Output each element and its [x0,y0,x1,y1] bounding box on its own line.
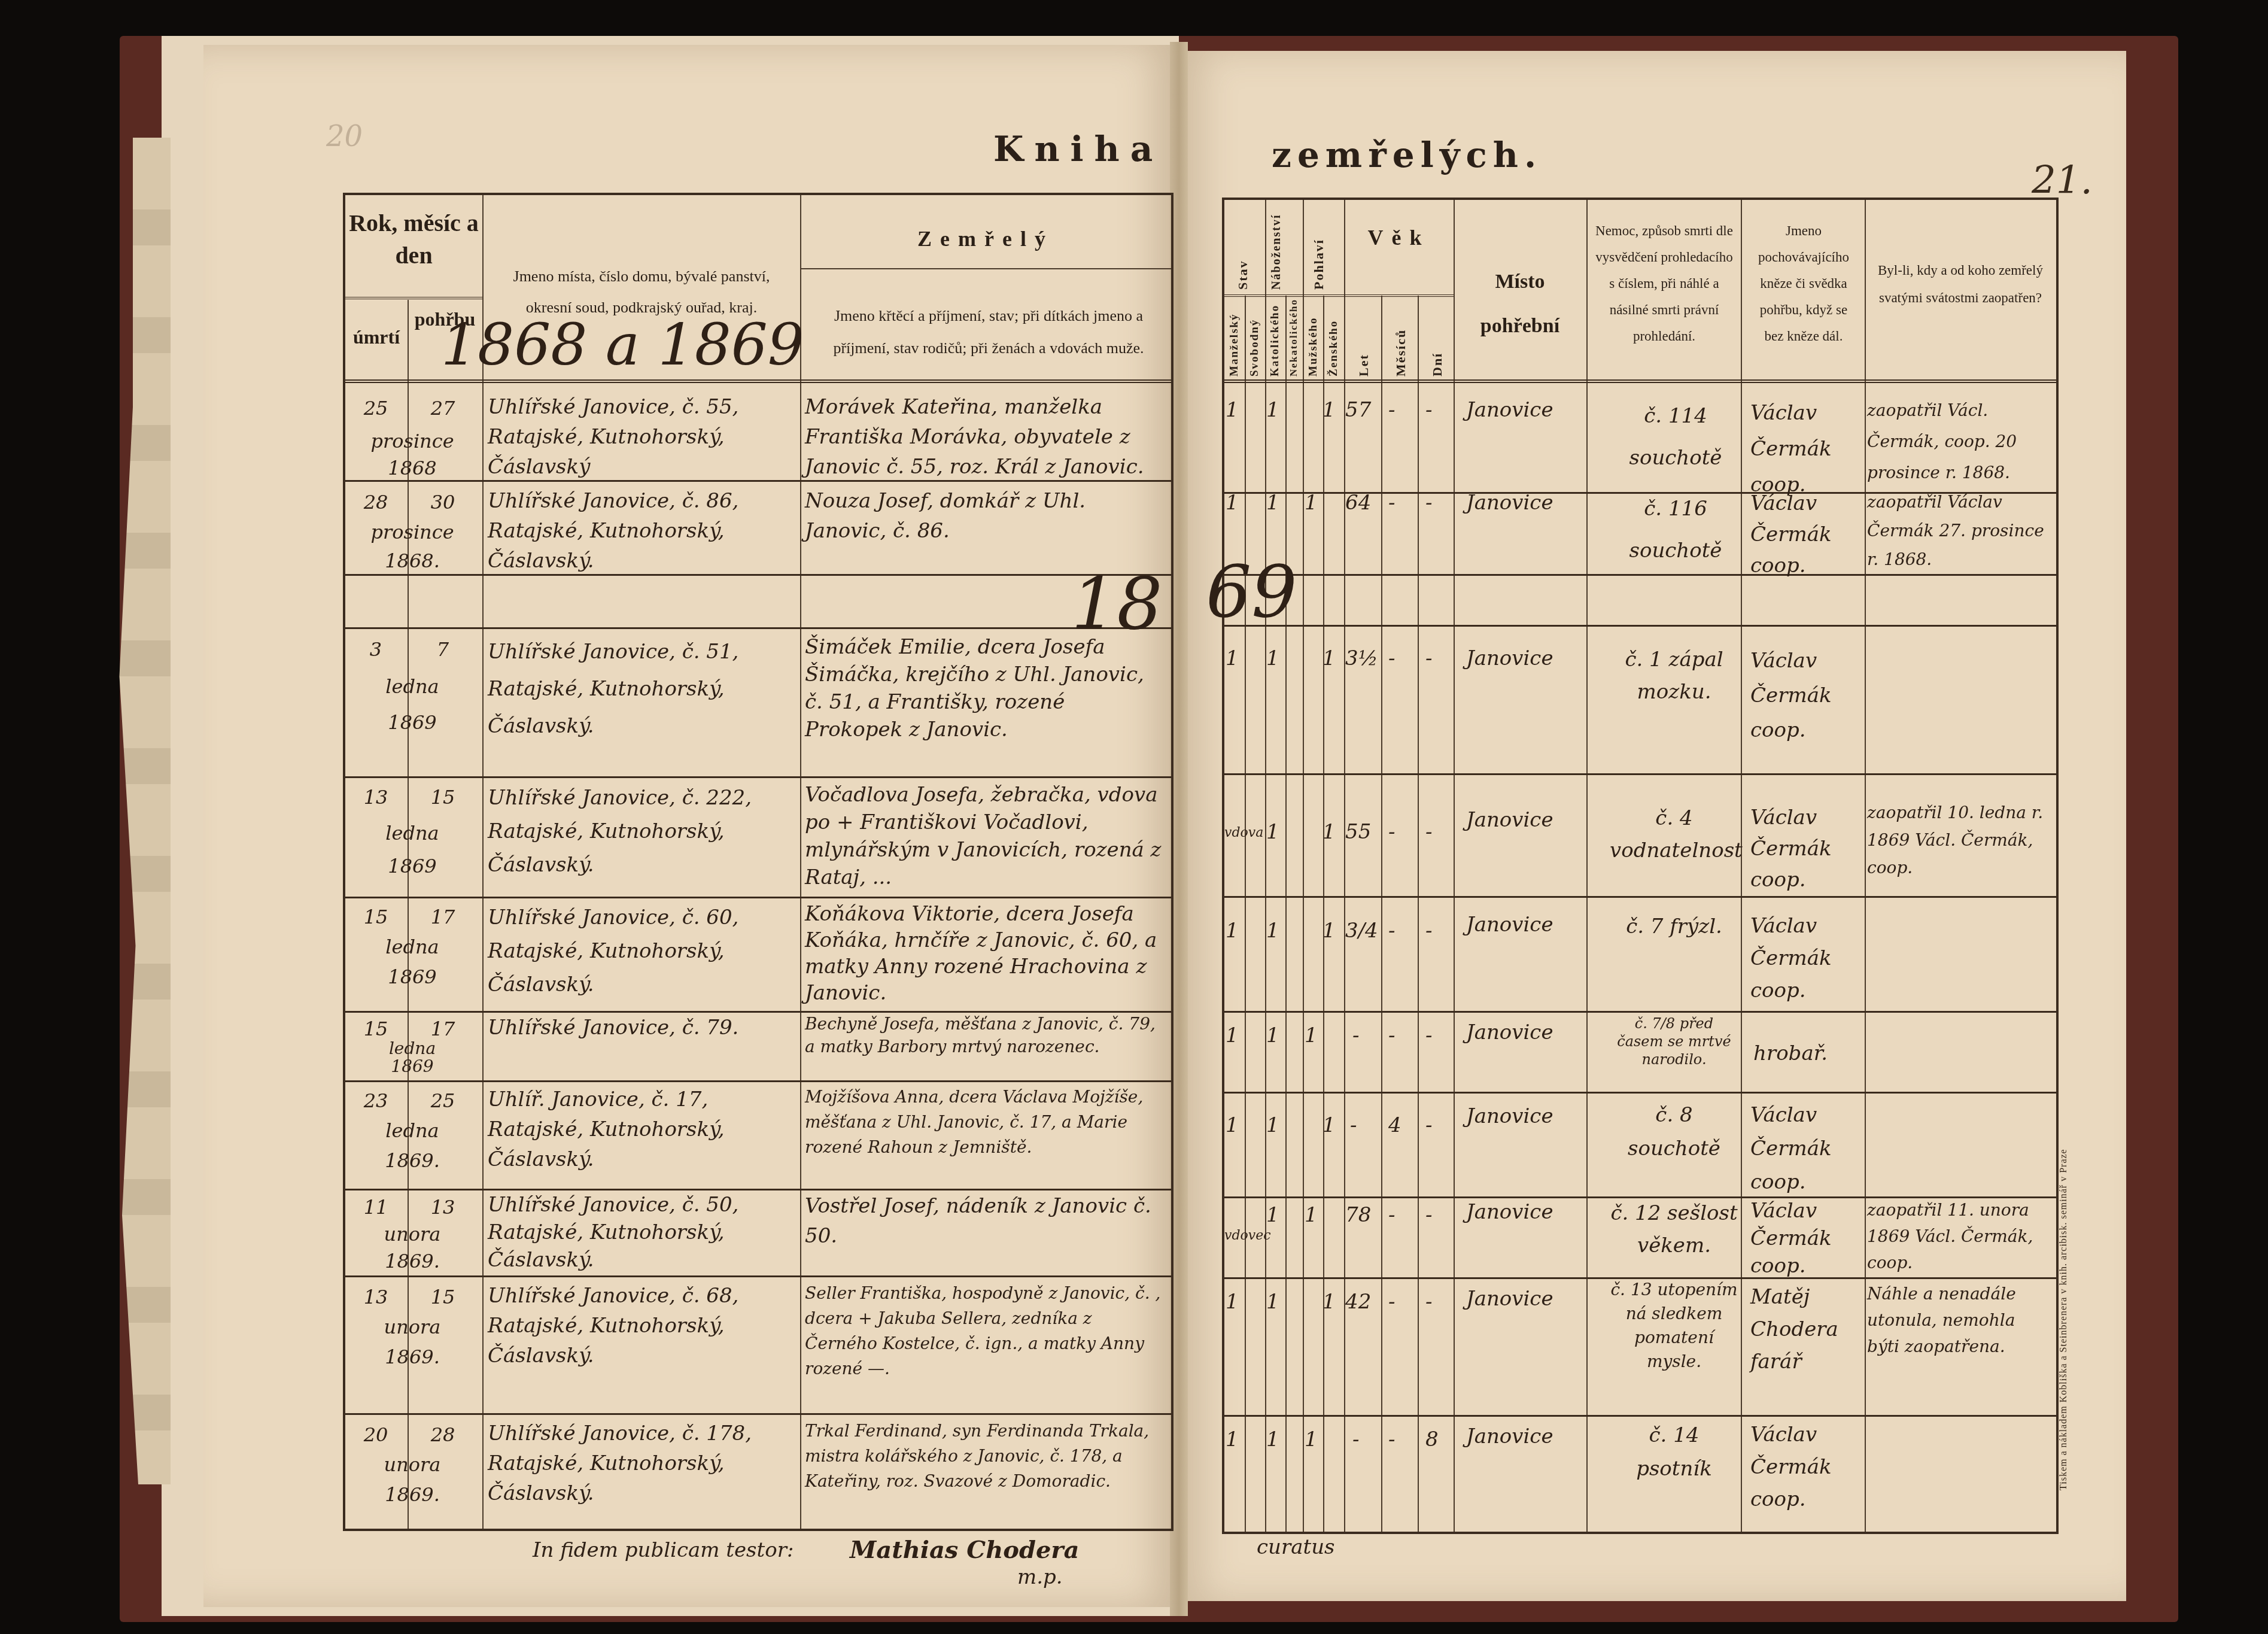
printer-note: Tiskem a nákladem Kobliška a Steinbrener… [2059,1101,2069,1490]
place-text: Uhlířské Janovice, č. 55, Ratajské, Kutn… [488,392,796,482]
burial-place: Janovice [1466,1018,1586,1047]
religion-mark: 1 [1266,817,1302,847]
cause-of-death: č. 8 souchotě [1610,1098,1738,1165]
religion-mark: 1 [1266,643,1302,673]
burial-place: Janovice [1466,1422,1586,1451]
month: unora [346,1448,479,1481]
place-text: Uhlířské Janovice, č. 222, Ratajské, Kut… [488,781,796,882]
header-female: Ženského [1327,302,1340,376]
divider [1418,296,1419,1532]
header-religion: Náboženství [1270,212,1284,290]
ghost-page-number: 20 [326,120,363,153]
year: 1868 [346,452,479,484]
header-date: Rok, měsíc a den [345,207,482,272]
religion-mark: 1 [1266,1287,1302,1317]
year-divider-left: 18 [1071,566,1163,643]
age-months: 4 [1388,1110,1412,1140]
month: ledna [346,931,479,963]
burial-day: 28 [407,1419,479,1451]
header-age: Věk [1344,224,1454,251]
age-months: - [1388,488,1412,518]
age-days: - [1425,643,1449,673]
row-divider [345,897,1171,898]
priest-name: Václav Čermák coop. [1750,802,1858,895]
priest-name: Václav Čermák coop. [1750,910,1858,1007]
cause-of-death: č. 12 sešlost věkem. [1610,1197,1738,1262]
age-months: - [1388,1200,1412,1230]
age-years: 3/4 [1345,916,1381,946]
status-mark: 1 [1226,1425,1261,1454]
burial-day: 25 [407,1085,479,1117]
curatus-text: curatus [1257,1532,1334,1562]
divider [1741,200,1742,1532]
place-text: Uhlířské Janovice, č. 79. [488,1013,796,1043]
divider [345,297,482,299]
status-mark: vdovec [1224,1215,1263,1257]
place-text: Uhlířské Janovice, č. 68, Ratajské, Kutn… [488,1281,796,1371]
title-left: Kniha [993,129,1163,169]
sex-mark: 1 [1305,1200,1323,1230]
header-sacraments: Byl-li, kdy a od koho zemřelý svatými sv… [1871,257,2050,312]
row-divider [1224,1415,2056,1417]
age-months: - [1388,916,1412,946]
signature-suffix: m.p. [1017,1562,1063,1592]
deceased-text: Vočadlova Josefa, žebračka, vdova po + F… [805,781,1164,891]
sex-mark: 1 [1323,817,1340,847]
burial-place: Janovice [1466,395,1586,425]
burial-day: 30 [407,486,479,518]
status-mark: 1 [1226,395,1261,425]
divider [1586,200,1588,1532]
priest-name: Václav Čermák coop. [1750,488,1858,581]
death-day: 20 [346,1419,406,1451]
age-months: - [1388,395,1412,425]
divider [800,268,1171,269]
age-years: 78 [1345,1200,1381,1230]
divider [1323,296,1324,1532]
death-day: 28 [346,486,406,518]
age-days: 8 [1425,1425,1449,1454]
priest-name: Václav Čermák coop. [1750,643,1858,748]
sex-mark: 1 [1323,916,1340,946]
header-male: Mužského [1307,302,1320,376]
age-years: 55 [1345,817,1381,847]
sex-mark: 1 [1323,395,1340,425]
sex-mark: 1 [1323,643,1340,673]
year: 1869 [346,1050,479,1083]
cause-of-death: č. 7/8 před časem se mrtvé narodilo. [1610,1015,1738,1068]
sacraments-note: Náhle a nenadále utonula, nemohla býti z… [1867,1281,2047,1360]
divider [1865,200,1866,1532]
header-days: Dní [1430,344,1445,376]
deceased-text: Seller Františka, hospodyně z Janovic, č… [805,1281,1164,1381]
burial-day: 15 [407,781,479,813]
divider [1381,296,1382,1532]
cause-of-death: č. 114 souchotě [1616,395,1735,479]
age-years: - [1352,1021,1376,1050]
sex-mark: 1 [1323,1110,1340,1140]
row-divider [345,1413,1171,1415]
sex-mark: 1 [1323,1287,1340,1317]
year: 1869. [346,1245,479,1277]
age-days: - [1425,1110,1449,1140]
row-divider [345,1189,1171,1190]
religion-mark: 1 [1266,1021,1302,1050]
age-years: 42 [1345,1287,1381,1317]
month: prosince [346,516,479,548]
header-date-death: úmrtí [345,321,408,353]
death-day: 23 [346,1085,406,1117]
religion-mark: 1 [1266,395,1302,425]
divider [1454,200,1455,1532]
sacraments-note: zaopatřil 11. unora 1869 Václ. Čermák, c… [1867,1197,2047,1276]
place-text: Uhlířské Janovice, č. 50, Ratajské, Kutn… [488,1191,796,1274]
year: 1869 [346,706,479,739]
status-mark: 1 [1226,1287,1261,1317]
title-right: zemřelých. [1272,135,1542,175]
place-text: Uhlíř. Janovice, č. 17, Ratajské, Kutnoh… [488,1085,796,1174]
place-text: Uhlířské Janovice, č. 60, Ratajské, Kutn… [488,901,796,1001]
sacraments-note: zaopatřil Václav Čermák 27. prosince r. … [1867,488,2047,574]
status-mark: 1 [1226,1021,1261,1050]
religion-mark: 1 [1266,1110,1302,1140]
sex-mark: 1 [1305,1021,1323,1050]
religion-mark: 1 [1266,916,1302,946]
row-divider [1224,773,2056,775]
header-bottom-rule [1224,379,2056,383]
page-number: 21. [2032,159,2093,203]
month: ledna [346,670,479,703]
burial-place: Janovice [1466,910,1586,940]
age-months: - [1388,1287,1412,1317]
row-divider [345,776,1171,778]
signature: Mathias Chodera [850,1535,1079,1565]
burial-day: 17 [407,901,479,933]
age-days: - [1425,916,1449,946]
burial-place: Janovice [1466,1284,1586,1314]
age-years: - [1350,1110,1374,1140]
status-mark: vdova [1224,820,1263,846]
header-catholic: Katolického [1269,302,1282,376]
priest-name: Matěj Chodera farář [1750,1281,1858,1378]
religion-mark: 1 [1266,488,1302,518]
death-day: 15 [346,901,406,933]
handwritten-year-range: 1868 a 1869 [441,306,804,384]
burial-day: 27 [407,392,479,424]
header-status: Stav [1235,224,1251,290]
row-divider [345,627,1171,629]
age-years: 57 [1345,395,1381,425]
cause-of-death: č. 7 frýzl. [1610,910,1738,943]
burial-place: Janovice [1466,1197,1586,1227]
row-divider [1224,1011,2056,1013]
place-text: Uhlířské Janovice, č. 86, Ratajské, Kutn… [488,486,796,576]
deceased-text: Morávek Kateřina, manželka Františka Mor… [805,392,1164,482]
place-text: Uhlířské Janovice, č. 178, Ratajské, Kut… [488,1419,796,1508]
divider [482,195,484,1529]
sex-mark: 1 [1305,488,1323,518]
cause-of-death: č. 14 psotník [1610,1419,1738,1486]
priest-name: Václav Čermák coop. [1750,395,1858,503]
divider [800,195,801,1529]
header-burial-place: Místo pohřební [1454,260,1586,348]
header-single: Svobodný [1248,302,1261,376]
cause-of-death: č. 116 souchotě [1616,488,1735,572]
burial-place: Janovice [1466,643,1586,673]
status-mark: 1 [1226,488,1261,518]
row-divider [1224,1092,2056,1094]
age-years: - [1352,1425,1376,1454]
age-days: - [1425,488,1449,518]
priest-name: Václav Čermák coop. [1750,1419,1858,1515]
deceased-text: Šimáček Emilie, dcera Josefa Šimáčka, kr… [805,633,1164,743]
sacraments-note: zaopatřil 10. ledna r. 1869 Václ. Čermák… [1867,799,2047,882]
age-months: - [1388,1021,1412,1050]
deceased-text: Trkal Ferdinand, syn Ferdinanda Trkala, … [805,1419,1164,1494]
year: 1869 [346,850,479,882]
header-years: Let [1356,338,1372,376]
age-months: - [1388,1425,1412,1454]
row-divider [1224,625,2056,627]
age-days: - [1425,817,1449,847]
year: 1868. [346,545,479,577]
header-cause: Nemoc, způsob smrti dle vysvědčení prohl… [1592,218,1736,350]
divider [1245,296,1246,1532]
header-deceased: Zemřelý [800,225,1171,253]
place-text: Uhlířské Janovice, č. 51, Ratajské, Kutn… [488,633,796,745]
burial-place: Janovice [1466,1101,1586,1131]
divider [1285,296,1287,1532]
deceased-text: Nouza Josef, domkář z Uhl. Janovic, č. 8… [805,486,1164,546]
sex-mark: 1 [1305,1425,1323,1454]
burial-day: 15 [407,1281,479,1313]
status-mark: 1 [1226,916,1261,946]
priest-name: Václav Čermák coop. [1750,1197,1858,1280]
cause-of-death: č. 4 vodnatelnost [1610,802,1738,867]
attestation-text: In fidem publicam testor: [533,1535,794,1565]
religion-mark: 1 [1266,1425,1302,1454]
burial-day: 7 [407,633,479,666]
age-days: - [1425,1287,1449,1317]
header-married: Manželský [1228,302,1241,376]
year: 1869. [346,1341,479,1373]
header-deceased-desc: Jmeno křtěcí a příjmení, stav; při dítká… [812,300,1165,365]
age-days: - [1425,395,1449,425]
row-divider [1224,574,2056,576]
age-days: - [1425,1200,1449,1230]
header-months: Měsíců [1393,320,1409,376]
age-months: - [1388,817,1412,847]
deceased-text: Vostřel Josef, nádeník z Janovic č. 50. [805,1191,1164,1251]
priest-name: hrobař. [1753,1038,1861,1068]
burial-place: Janovice [1466,805,1586,835]
deceased-text: Bechyně Josefa, měšťana z Janovic, č. 79… [805,1013,1164,1058]
month: ledna [346,817,479,849]
age-days: - [1425,1021,1449,1050]
deceased-text: Mojžíšova Anna, dcera Václava Mojžíše, m… [805,1085,1164,1160]
year-divider-right: 69 [1206,554,1297,631]
death-day: 25 [346,392,406,424]
age-years: 3½ [1345,643,1381,673]
religion-mark: 1 [1266,1200,1302,1230]
status-mark: 1 [1226,1110,1261,1140]
year: 1869. [346,1478,479,1511]
burial-place: Janovice [1466,488,1586,518]
row-divider [1224,896,2056,898]
month: unora [346,1311,479,1343]
status-mark: 1 [1226,643,1261,673]
priest-name: Václav Čermák coop. [1750,1098,1858,1199]
header-priest: Jmeno pochovávajícího kněze či svědka po… [1750,218,1857,350]
year: 1869. [346,1144,479,1177]
deceased-text: Koňákova Viktorie, dcera Josefa Koňáka, … [805,901,1164,1006]
death-day: 3 [346,633,406,666]
sacraments-note: zaopatřil Václ. Čermák, coop. 20 prosinc… [1867,395,2047,488]
cause-of-death: č. 13 utopením ná sledkem pomatení mysle… [1610,1278,1738,1374]
year: 1869 [346,961,479,993]
header-sex: Pohlaví [1311,218,1327,290]
header-noncatholic: Nekatolického [1288,302,1300,376]
death-day: 13 [346,1281,406,1313]
age-months: - [1388,643,1412,673]
divider [1224,294,1454,297]
divider [1303,200,1304,1532]
month: ledna [346,1114,479,1147]
death-day: 13 [346,781,406,813]
cause-of-death: č. 1 zápal mozku. [1610,643,1738,708]
age-years: 64 [1345,488,1381,518]
